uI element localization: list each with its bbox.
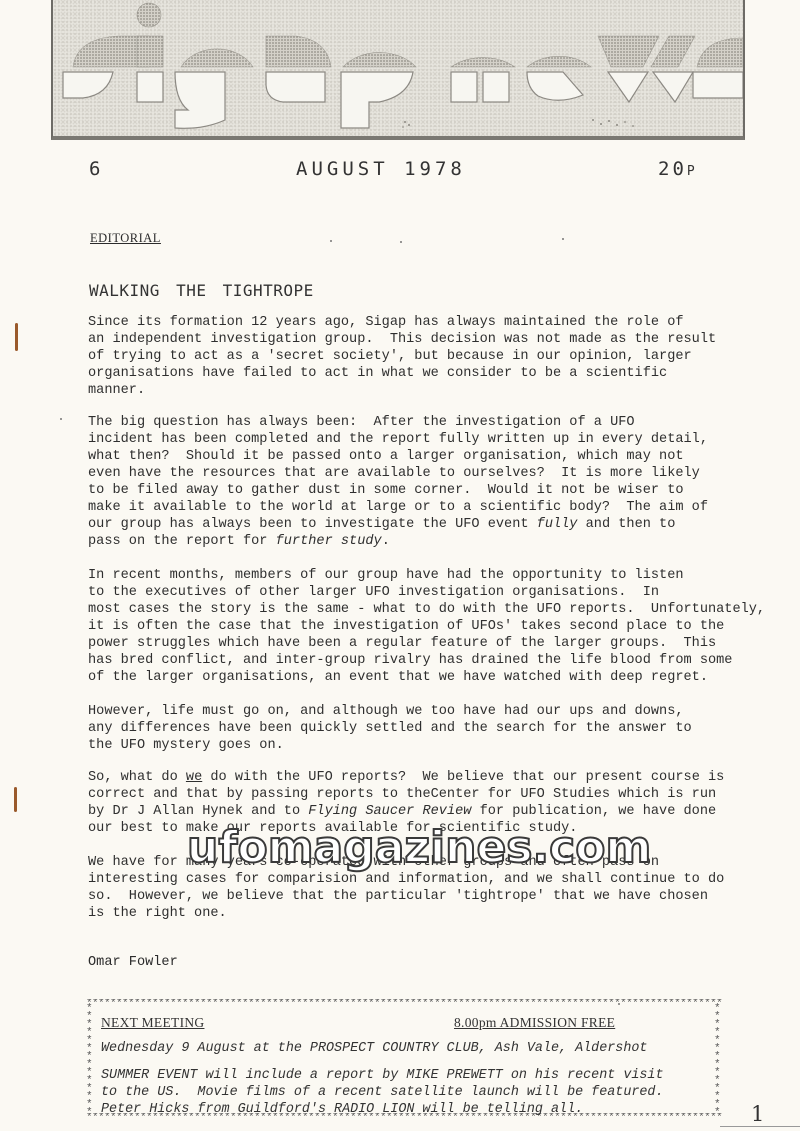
paper-speck xyxy=(400,241,402,243)
author-signature: Omar Fowler xyxy=(88,955,178,970)
paragraph-3: In recent months, members of our group h… xyxy=(88,567,788,686)
paragraph-4: However, life must go on, and although w… xyxy=(88,703,788,754)
paper-speck xyxy=(330,240,332,242)
paragraph-1: Since its formation 12 years ago, Sigap … xyxy=(88,314,788,399)
star-border-right: * * * * * * * * * * * * * * xyxy=(714,1005,722,1117)
article-title: WALKING THE TIGHTROPE xyxy=(89,281,314,300)
meeting-time-admission: 8.00pm ADMISSION FREE xyxy=(454,1015,615,1031)
page-rule xyxy=(720,1126,800,1127)
issue-price: 20P xyxy=(658,158,698,180)
paragraph-2: The big question has always been: After … xyxy=(88,414,788,550)
price-unit: P xyxy=(687,164,698,179)
paper-speck xyxy=(618,1003,620,1005)
star-border-left: * * * * * * * * * * * * * * xyxy=(86,1005,94,1117)
event-line: to the US. Movie films of a recent satel… xyxy=(101,1085,664,1100)
issue-number: 6 xyxy=(89,158,103,180)
margin-stain-mark xyxy=(14,787,17,812)
event-line: SUMMER EVENT will include a report by MI… xyxy=(101,1068,664,1083)
margin-stain-mark xyxy=(15,323,18,351)
event-line: Peter Hicks from Guildford's RADIO LION … xyxy=(101,1102,583,1117)
next-meeting-heading: NEXT MEETING xyxy=(101,1015,204,1031)
paper-speck xyxy=(60,418,62,420)
star-border-top: ****************************************… xyxy=(86,999,723,1010)
page-number: 1 xyxy=(751,1102,764,1126)
masthead-logo: sigap news xyxy=(51,0,745,140)
sigap-news-logo-graphic xyxy=(53,0,743,136)
price-value: 20 xyxy=(658,158,687,180)
watermark-text: ufomagazines.com xyxy=(187,826,651,870)
next-meeting-notice: ****************************************… xyxy=(86,995,723,1127)
issue-date: AUGUST 1978 xyxy=(296,158,466,180)
paper-speck xyxy=(562,238,564,240)
meeting-details: Wednesday 9 August at the PROSPECT COUNT… xyxy=(101,1041,647,1056)
section-label: EDITORIAL xyxy=(90,231,161,246)
